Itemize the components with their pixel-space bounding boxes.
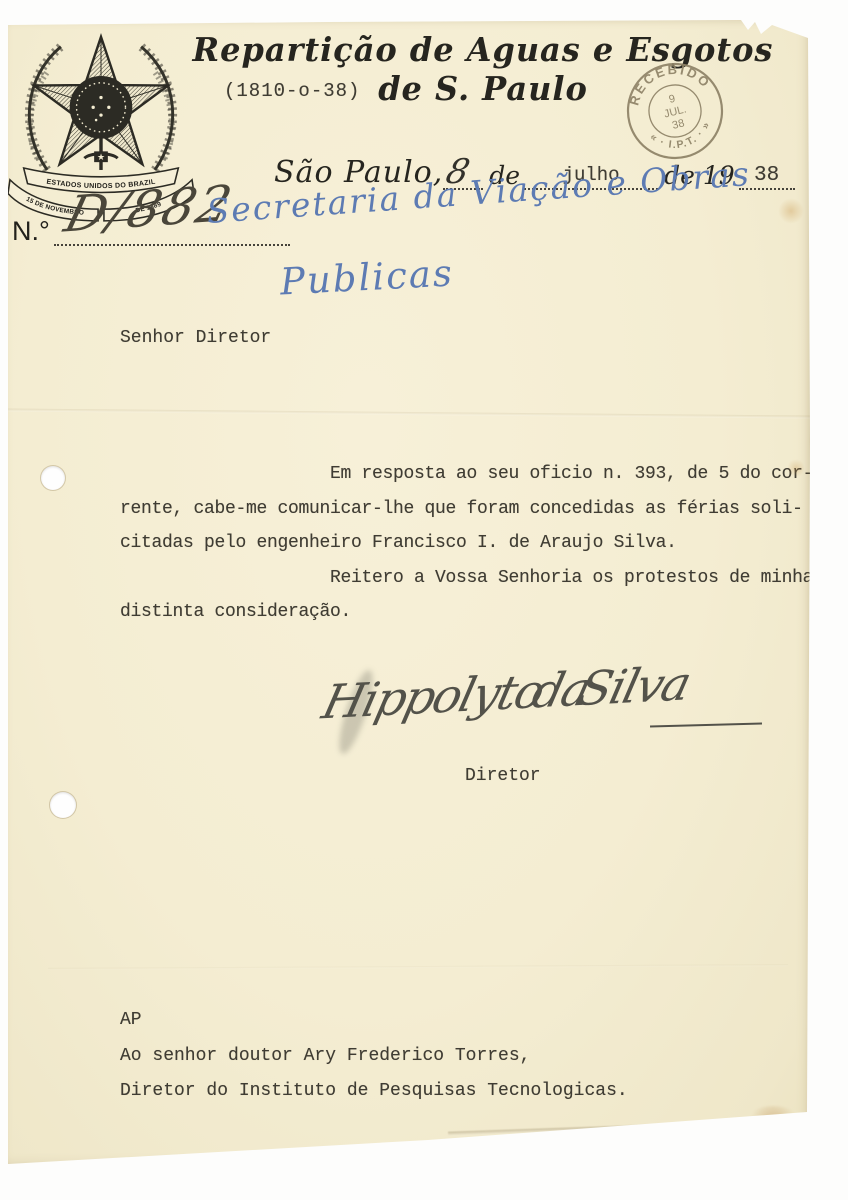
stamp-day: 9 [668,93,677,106]
body-line: Em resposta ao seu oficio n. 393, de 5 d… [120,457,826,492]
addressee-line-1: Ao senhor doutor Ary Frederico Torres, [120,1039,628,1075]
signature-flourish [650,723,762,728]
typist-initials: AP [120,1003,628,1039]
paper-stain [768,1118,782,1128]
signature-title: Diretor [465,766,541,786]
reference-label: N.° [12,216,50,247]
paper-crease [8,409,810,419]
punch-hole-bottom [50,792,76,818]
paper-stain [778,198,804,224]
svg-text:RECEBIDO: RECEBIDO [619,52,716,110]
body-line: distinta consideração. [120,595,826,630]
annotation-line-2: Publicas [279,251,455,303]
paper-crease [48,964,788,970]
punch-hole-top [41,466,65,490]
body-line: rente, cabe-me comunicar-lhe que foram c… [120,492,826,527]
paper-crease [448,1124,658,1135]
footer-block: AP Ao senhor doutor Ary Frederico Torres… [120,1003,628,1110]
body-line: Reitero a Vossa Senhoria os protestos de… [120,561,826,596]
addressee-line-2: Diretor do Instituto de Pesquisas Tecnol… [120,1074,628,1110]
body-line: citadas pelo engenheiro Francisco I. de … [120,526,826,561]
salutation: Senhor Diretor [120,328,271,348]
letter-paper: ★ ESTADOS UNIDOS DO BRAZIL 15 DE NOVEMBR… [8,20,810,1168]
svg-text:★: ★ [97,152,105,162]
stamp-year: 38 [671,117,686,132]
body-paragraphs: Em resposta ao seu oficio n. 393, de 5 d… [120,457,826,630]
star-emblem: ★ [34,37,168,170]
paper-stain [746,1106,800,1140]
org-code: (1810-o-38) [224,80,360,102]
stamp-month: JUL. [663,103,688,120]
signature: Hippolyto da Silva [317,657,695,731]
